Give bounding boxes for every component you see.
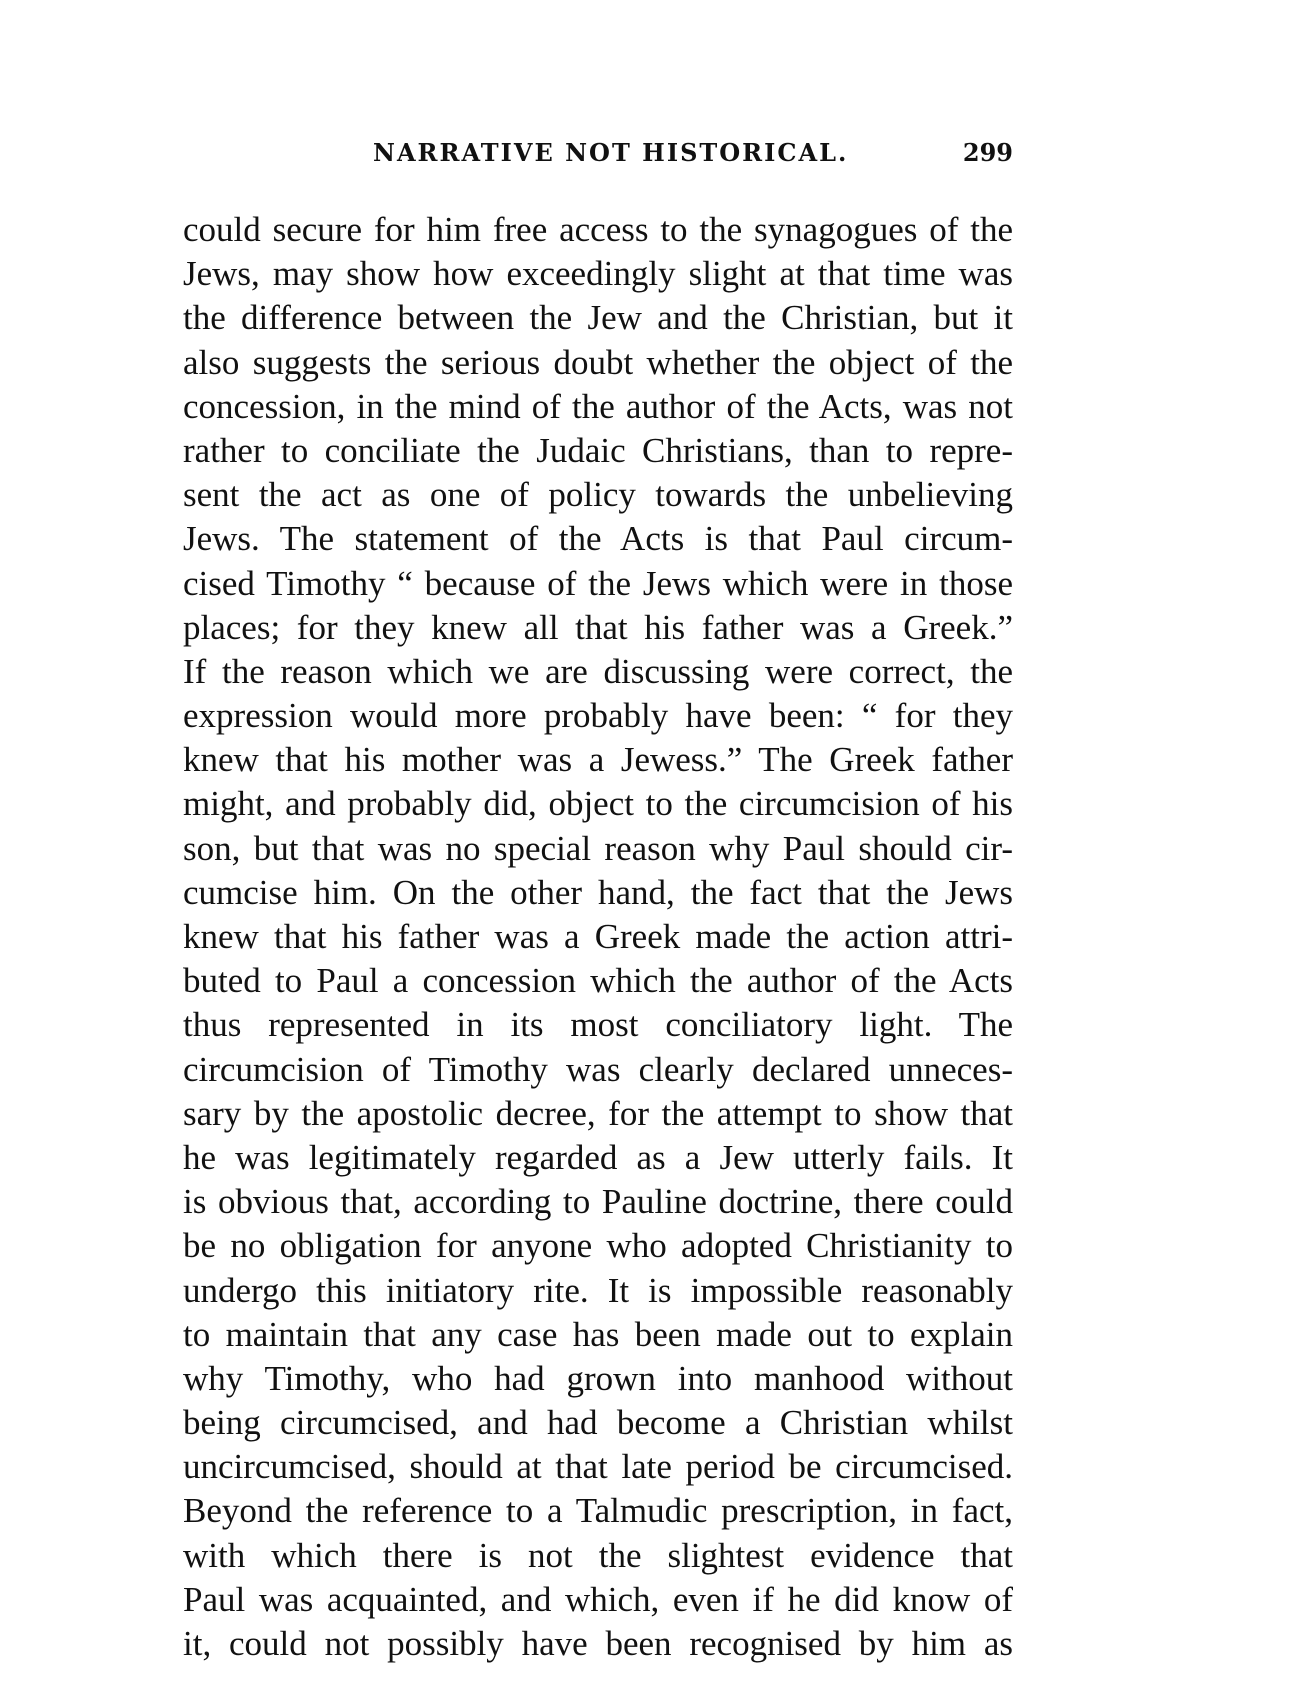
text-line: Jews, may show how exceedingly slight at… <box>183 252 1013 296</box>
text-line: also suggests the serious doubt whether … <box>183 341 1013 385</box>
text-line: he was legitimately regarded as a Jew ut… <box>183 1136 1013 1180</box>
text-line: undergo this initiatory rite. It is impo… <box>183 1269 1013 1313</box>
text-line: to maintain that any case has been made … <box>183 1313 1013 1357</box>
text-line: buted to Paul a concession which the aut… <box>183 959 1013 1003</box>
text-line: might, and probably did, object to the c… <box>183 782 1013 826</box>
text-line: Jews. The statement of the Acts is that … <box>183 517 1013 561</box>
text-line: sary by the apostolic decree, for the at… <box>183 1092 1013 1136</box>
text-line: If the reason which we are discussing we… <box>183 650 1013 694</box>
page-number: 299 <box>963 138 1013 167</box>
text-line: thus represented in its most conciliator… <box>183 1003 1013 1047</box>
text-line: cised Timothy “ because of the Jews whic… <box>183 562 1013 606</box>
chapter-running-title: NARRATIVE NOT HISTORICAL. <box>373 138 848 167</box>
text-line: rather to conciliate the Judaic Christia… <box>183 429 1013 473</box>
text-line: cumcise him. On the other hand, the fact… <box>183 871 1013 915</box>
running-head: NARRATIVE NOT HISTORICAL. 299 <box>183 138 1013 178</box>
text-line: Paul was acquainted, and which, even if … <box>183 1578 1013 1622</box>
text-line: be no obligation for anyone who adopted … <box>183 1224 1013 1268</box>
text-line: the difference between the Jew and the C… <box>183 296 1013 340</box>
text-line: uncircumcised, should at that late perio… <box>183 1445 1013 1489</box>
text-line: could secure for him free access to the … <box>183 208 1013 252</box>
text-line: son, but that was no special reason why … <box>183 827 1013 871</box>
text-line: being circumcised, and had become a Chri… <box>183 1401 1013 1445</box>
text-line: is obvious that, according to Pauline do… <box>183 1180 1013 1224</box>
text-line: knew that his father was a Greek made th… <box>183 915 1013 959</box>
text-line: sent the act as one of policy towards th… <box>183 473 1013 517</box>
text-line: it, could not possibly have been recogni… <box>183 1622 1013 1666</box>
text-line: circumcision of Timothy was clearly decl… <box>183 1048 1013 1092</box>
text-line: knew that his mother was a Jewess.” The … <box>183 738 1013 782</box>
book-page: NARRATIVE NOT HISTORICAL. 299 could secu… <box>0 0 1292 1700</box>
text-line: places; for they knew all that his fathe… <box>183 606 1013 650</box>
text-line: concession, in the mind of the author of… <box>183 385 1013 429</box>
text-line: Beyond the reference to a Talmudic presc… <box>183 1489 1013 1533</box>
text-line: why Timothy, who had grown into manhood … <box>183 1357 1013 1401</box>
text-line: expression would more probably have been… <box>183 694 1013 738</box>
text-line: with which there is not the slightest ev… <box>183 1534 1013 1578</box>
body-text: could secure for him free access to the … <box>183 208 1013 1666</box>
